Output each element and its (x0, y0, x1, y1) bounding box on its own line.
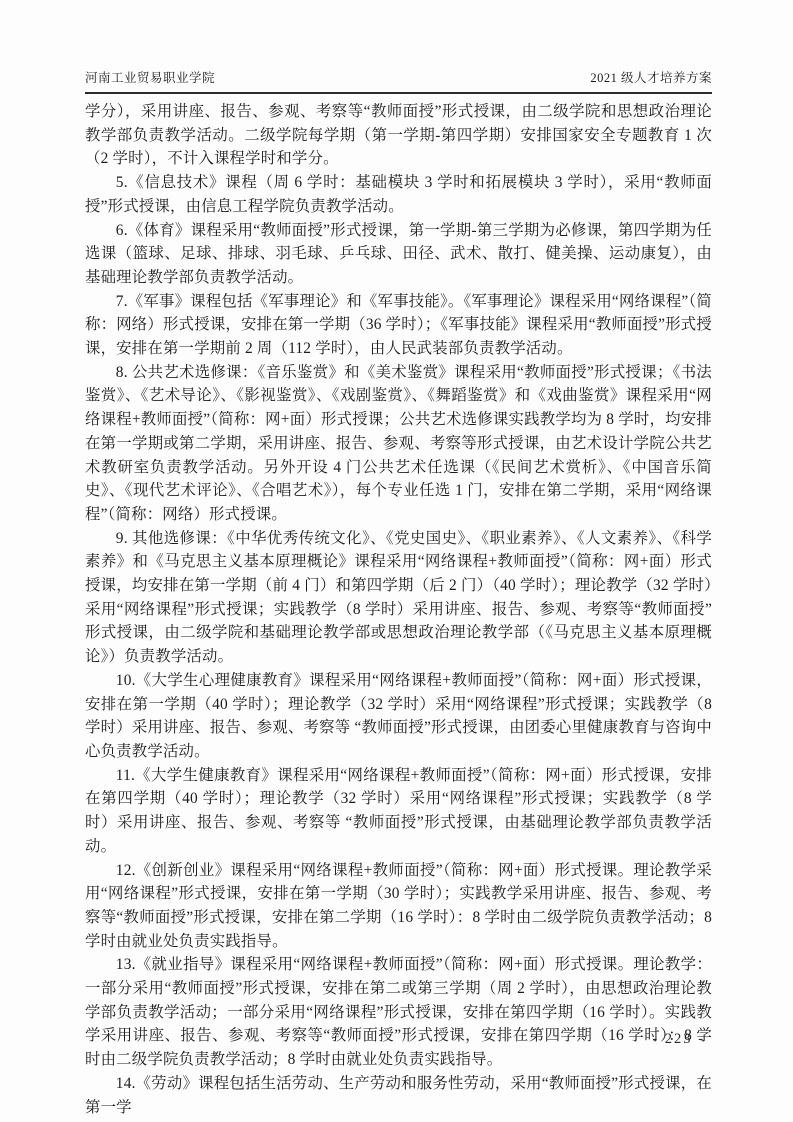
paragraph-item-14: 14.《劳动》课程包括生活劳动、生产劳动和服务性劳动，采用“教师面授”形式授课，… (85, 1072, 712, 1119)
paragraph-item-6: 6.《体育》课程采用“教师面授”形式授课，第一学期-第三学期为必修课，第四学期为… (85, 219, 712, 290)
paragraph-item-5: 5.《信息技术》课程（周 6 学时：基础模块 3 学时和拓展模块 3 学时），采… (85, 171, 712, 218)
page-number: - 223 - (652, 1031, 705, 1048)
paragraph-item-12: 12.《创新创业》课程采用“网络课程+教师面授”（简称：网+面）形式授课。理论教… (85, 859, 712, 954)
header-plan-title: 2021 级人才培养方案 (590, 70, 712, 86)
paragraph-item-8: 8. 公共艺术选修课：《音乐鉴赏》和《美术鉴赏》课程采用“教师面授”形式授课；《… (85, 361, 712, 527)
document-page: 河南工业贸易职业学院 2021 级人才培养方案 学分），采用讲座、报告、参观、考… (0, 0, 793, 1122)
paragraph-continuation: 学分），采用讲座、报告、参观、考察等“教师面授”形式授课，由二级学院和思想政治理… (85, 100, 712, 171)
paragraph-item-9: 9. 其他选修课：《中华优秀传统文化》、《党史国史》、《职业素养》、《人文素养》… (85, 527, 712, 669)
paragraph-item-7: 7.《军事》课程包括《军事理论》和《军事技能》。《军事理论》课程采用“网络课程”… (85, 290, 712, 361)
paragraph-item-10: 10.《大学生心理健康教育》课程采用“网络课程+教师面授”（简称：网+面）形式授… (85, 669, 712, 764)
paragraph-item-11: 11.《大学生健康教育》课程采用“网络课程+教师面授”（简称：网+面）形式授课，… (85, 764, 712, 859)
running-header: 河南工业贸易职业学院 2021 级人才培养方案 (85, 70, 712, 94)
header-school-name: 河南工业贸易职业学院 (85, 70, 215, 86)
paragraph-item-13: 13.《就业指导》课程采用“网络课程+教师面授”（简称：网+面）形式授课。理论教… (85, 953, 712, 1072)
document-body: 学分），采用讲座、报告、参观、考察等“教师面授”形式授课，由二级学院和思想政治理… (85, 100, 712, 1119)
